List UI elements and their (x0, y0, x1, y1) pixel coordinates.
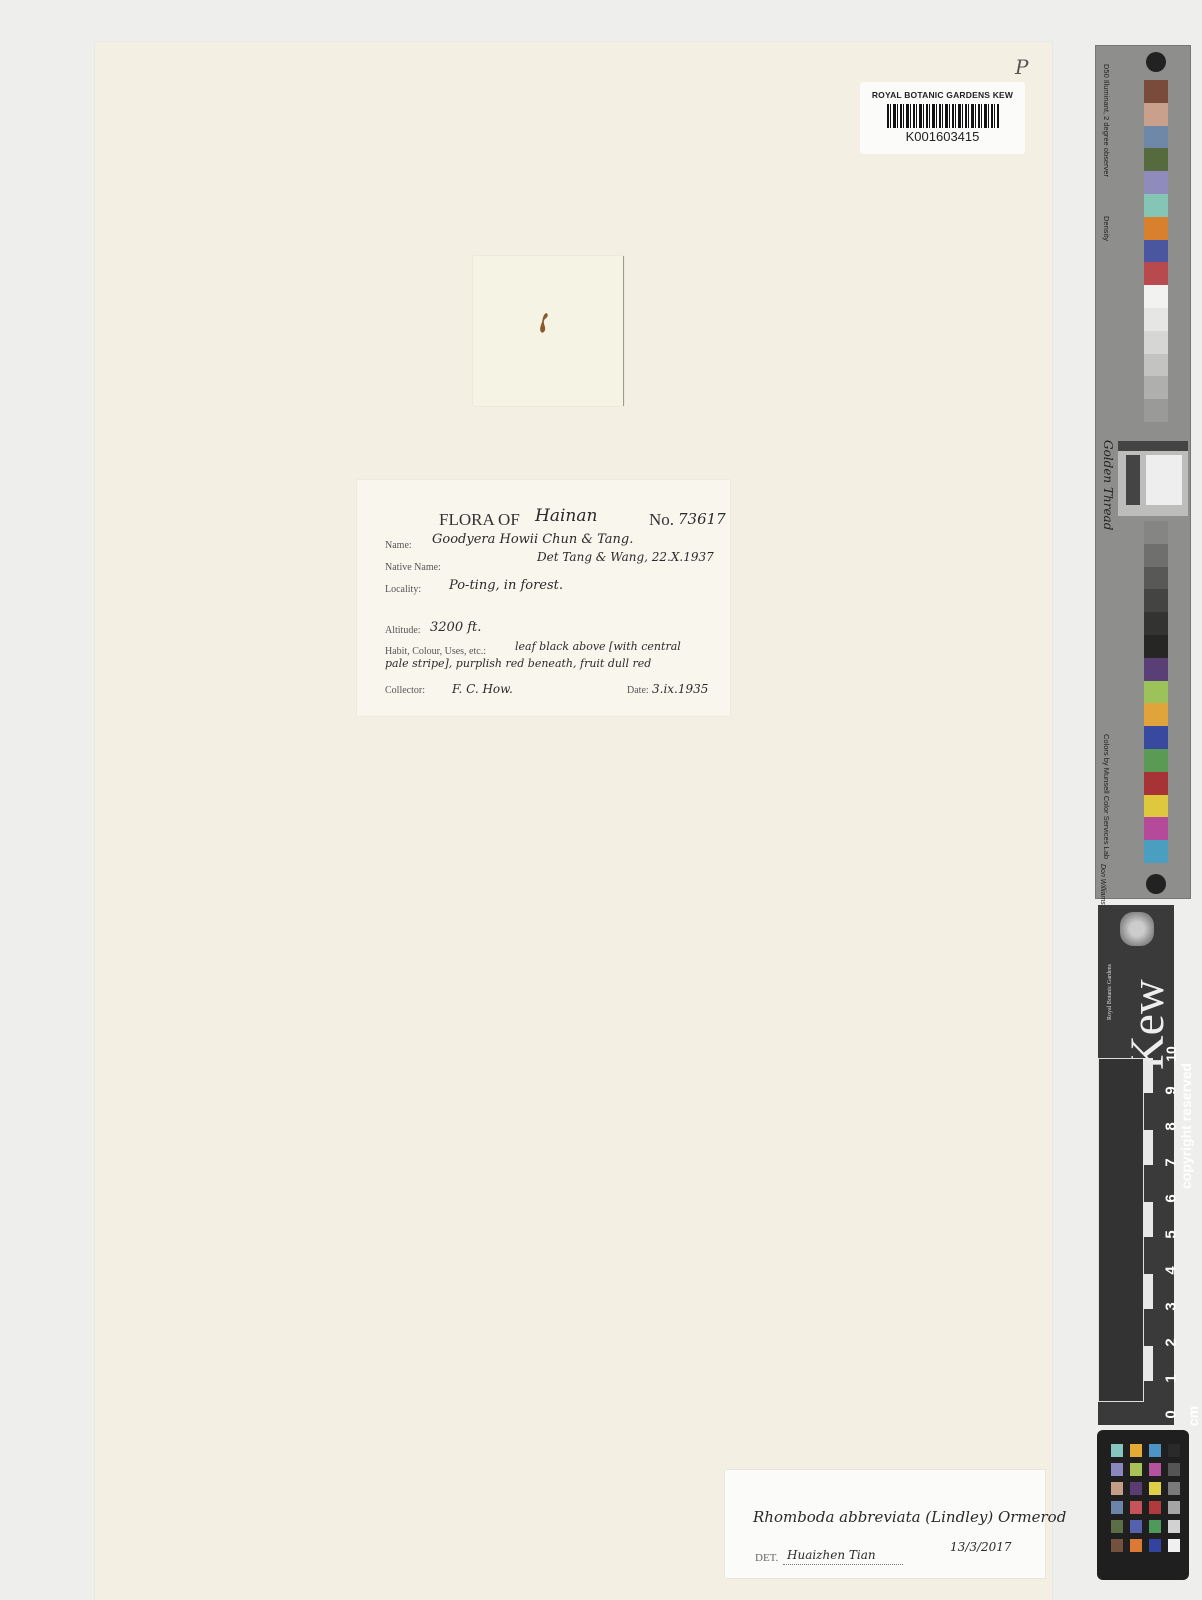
collection-label: FLORA OF Hainan No. 73617 Name: Goodyera… (357, 480, 730, 716)
color-swatch (1144, 80, 1168, 103)
ruler-tick-5: 5 (1163, 1226, 1180, 1244)
swatch-column-bottom (1144, 521, 1168, 863)
ruler-tick-3: 3 (1163, 1298, 1180, 1316)
checker-swatch (1130, 1539, 1142, 1552)
strip-munsell-text: Colors by Munsell Color Services Lab (1102, 734, 1111, 859)
color-swatch (1144, 126, 1168, 149)
swatch-column-top (1144, 80, 1168, 422)
color-swatch (1144, 240, 1168, 263)
institution-name: ROYAL BOTANIC GARDENS KEW (860, 90, 1025, 100)
kew-subtitle: Royal Botanic Gardens (1107, 964, 1113, 1020)
ruler-tick-1: 1 (1163, 1370, 1180, 1388)
copyright-text: copyright reserved (1178, 1063, 1194, 1189)
ruler-blocks (1098, 1058, 1144, 1402)
det-label: DET. (755, 1552, 778, 1564)
habit-value-line1: leaf black above [with central (515, 640, 681, 653)
color-swatch (1144, 194, 1168, 217)
checker-swatch (1168, 1444, 1180, 1457)
checker-swatch (1168, 1520, 1180, 1533)
checker-swatch (1149, 1444, 1161, 1457)
fragment-packet (473, 256, 624, 406)
strip-hole-icon (1146, 52, 1166, 72)
checker-swatch (1130, 1444, 1142, 1457)
strip-density-label: Density (1102, 216, 1111, 241)
determination-slip: Rhomboda abbreviata (Lindley) Ormerod DE… (725, 1470, 1045, 1578)
native-name-label: Native Name: (385, 562, 441, 573)
collector-value: F. C. How. (452, 682, 513, 696)
label-region: Hainan (535, 506, 597, 526)
checker-swatch (1168, 1539, 1180, 1552)
ruler-white-segment (1143, 1130, 1153, 1165)
checker-swatch (1149, 1482, 1161, 1495)
checker-swatch (1111, 1539, 1123, 1552)
color-swatch (1144, 262, 1168, 285)
checker-swatch (1168, 1482, 1180, 1495)
color-checker-card (1097, 1430, 1189, 1580)
ruler-tick-6: 6 (1163, 1190, 1180, 1208)
barcode-icon (887, 104, 999, 128)
det-dotted-line (783, 1564, 903, 1565)
color-swatch (1144, 103, 1168, 126)
checker-swatch (1149, 1520, 1161, 1533)
checker-swatch (1111, 1501, 1123, 1514)
checker-swatch (1111, 1463, 1123, 1476)
color-swatch (1144, 567, 1168, 590)
ruler-white-segment (1143, 1274, 1153, 1309)
color-swatch (1144, 217, 1168, 240)
color-swatch (1144, 749, 1168, 772)
royal-crest-icon (1120, 912, 1154, 946)
color-swatch (1144, 148, 1168, 171)
checker-swatch (1149, 1501, 1161, 1514)
checker-swatch (1130, 1482, 1142, 1495)
strip-signature: Don Williams (1099, 864, 1106, 905)
golden-thread-brand: Golden Thread (1101, 440, 1115, 530)
color-swatch (1144, 376, 1168, 399)
color-swatch (1144, 354, 1168, 377)
checker-swatch (1111, 1482, 1123, 1495)
barcode-number: K001603415 (860, 129, 1025, 144)
checker-swatch (1130, 1463, 1142, 1476)
color-swatch (1144, 308, 1168, 331)
altitude-value: 3200 ft. (430, 620, 481, 635)
date-label: Date: (627, 685, 649, 696)
ruler-tick-9: 9 (1163, 1082, 1180, 1100)
ruler-tick-8: 8 (1163, 1118, 1180, 1136)
color-swatch (1144, 772, 1168, 795)
color-swatch (1144, 635, 1168, 658)
strip-hole-icon (1146, 874, 1166, 894)
color-swatch (1144, 840, 1168, 863)
name-label: Name: (385, 540, 412, 551)
locality-label: Locality: (385, 584, 421, 595)
barcode-label: ROYAL BOTANIC GARDENS KEW K001603415 (860, 82, 1025, 154)
corner-mark: P (1015, 55, 1028, 79)
habit-label: Habit, Colour, Uses, etc.: (385, 646, 486, 657)
color-swatch (1144, 285, 1168, 308)
checker-swatch (1149, 1463, 1161, 1476)
ruler-tick-0: 0 (1163, 1406, 1180, 1424)
checker-swatch (1111, 1520, 1123, 1533)
color-swatch (1144, 399, 1168, 422)
ruler-white-segment (1143, 1346, 1153, 1381)
altitude-label: Altitude: (385, 625, 421, 636)
strip-illuminant-text: D50 Illuminant, 2 degree observer (1102, 64, 1111, 177)
checker-swatch (1168, 1463, 1180, 1476)
determination: Det Tang & Wang, 22.X.1937 (537, 550, 714, 564)
ruler-white-segment (1143, 1058, 1153, 1093)
checker-swatch (1130, 1501, 1142, 1514)
date-value: 3.ix.1935 (652, 682, 708, 696)
det-date: 13/3/2017 (950, 1540, 1012, 1554)
color-swatch (1144, 658, 1168, 681)
color-swatch (1144, 331, 1168, 354)
checker-swatch (1130, 1520, 1142, 1533)
color-swatch (1144, 817, 1168, 840)
specimen-fragment-icon (538, 312, 550, 336)
ruler-unit: cm (1185, 1405, 1201, 1427)
ruler-tick-7: 7 (1163, 1154, 1180, 1172)
name-value: Goodyera Howii Chun & Tang. (432, 532, 633, 547)
label-number: 73617 (678, 510, 726, 528)
grey-target-patch (1118, 441, 1188, 516)
color-swatch (1144, 612, 1168, 635)
ruler-tick-4: 4 (1163, 1262, 1180, 1280)
label-number-prefix: No. (649, 510, 674, 530)
color-swatch (1144, 795, 1168, 818)
color-swatch (1144, 726, 1168, 749)
color-swatch (1144, 703, 1168, 726)
color-swatch (1144, 521, 1168, 544)
checker-swatch (1168, 1501, 1180, 1514)
color-swatch (1144, 681, 1168, 704)
color-swatch (1144, 171, 1168, 194)
color-swatch (1144, 589, 1168, 612)
ruler-white-segment (1143, 1202, 1153, 1237)
det-determiner: Huaizhen Tian (787, 1548, 876, 1562)
ruler-tick-2: 2 (1163, 1334, 1180, 1352)
habit-value-line2: pale stripe], purplish red beneath, frui… (385, 657, 651, 670)
ruler-tick-10: 10 (1163, 1043, 1179, 1065)
color-swatch (1144, 544, 1168, 567)
label-title: FLORA OF (439, 510, 520, 530)
det-taxon: Rhomboda abbreviata (Lindley) Ormerod (753, 1508, 1066, 1526)
checker-swatch (1149, 1539, 1161, 1552)
locality-value: Po-ting, in forest. (449, 578, 563, 593)
collector-label: Collector: (385, 685, 425, 696)
checker-swatch (1111, 1444, 1123, 1457)
